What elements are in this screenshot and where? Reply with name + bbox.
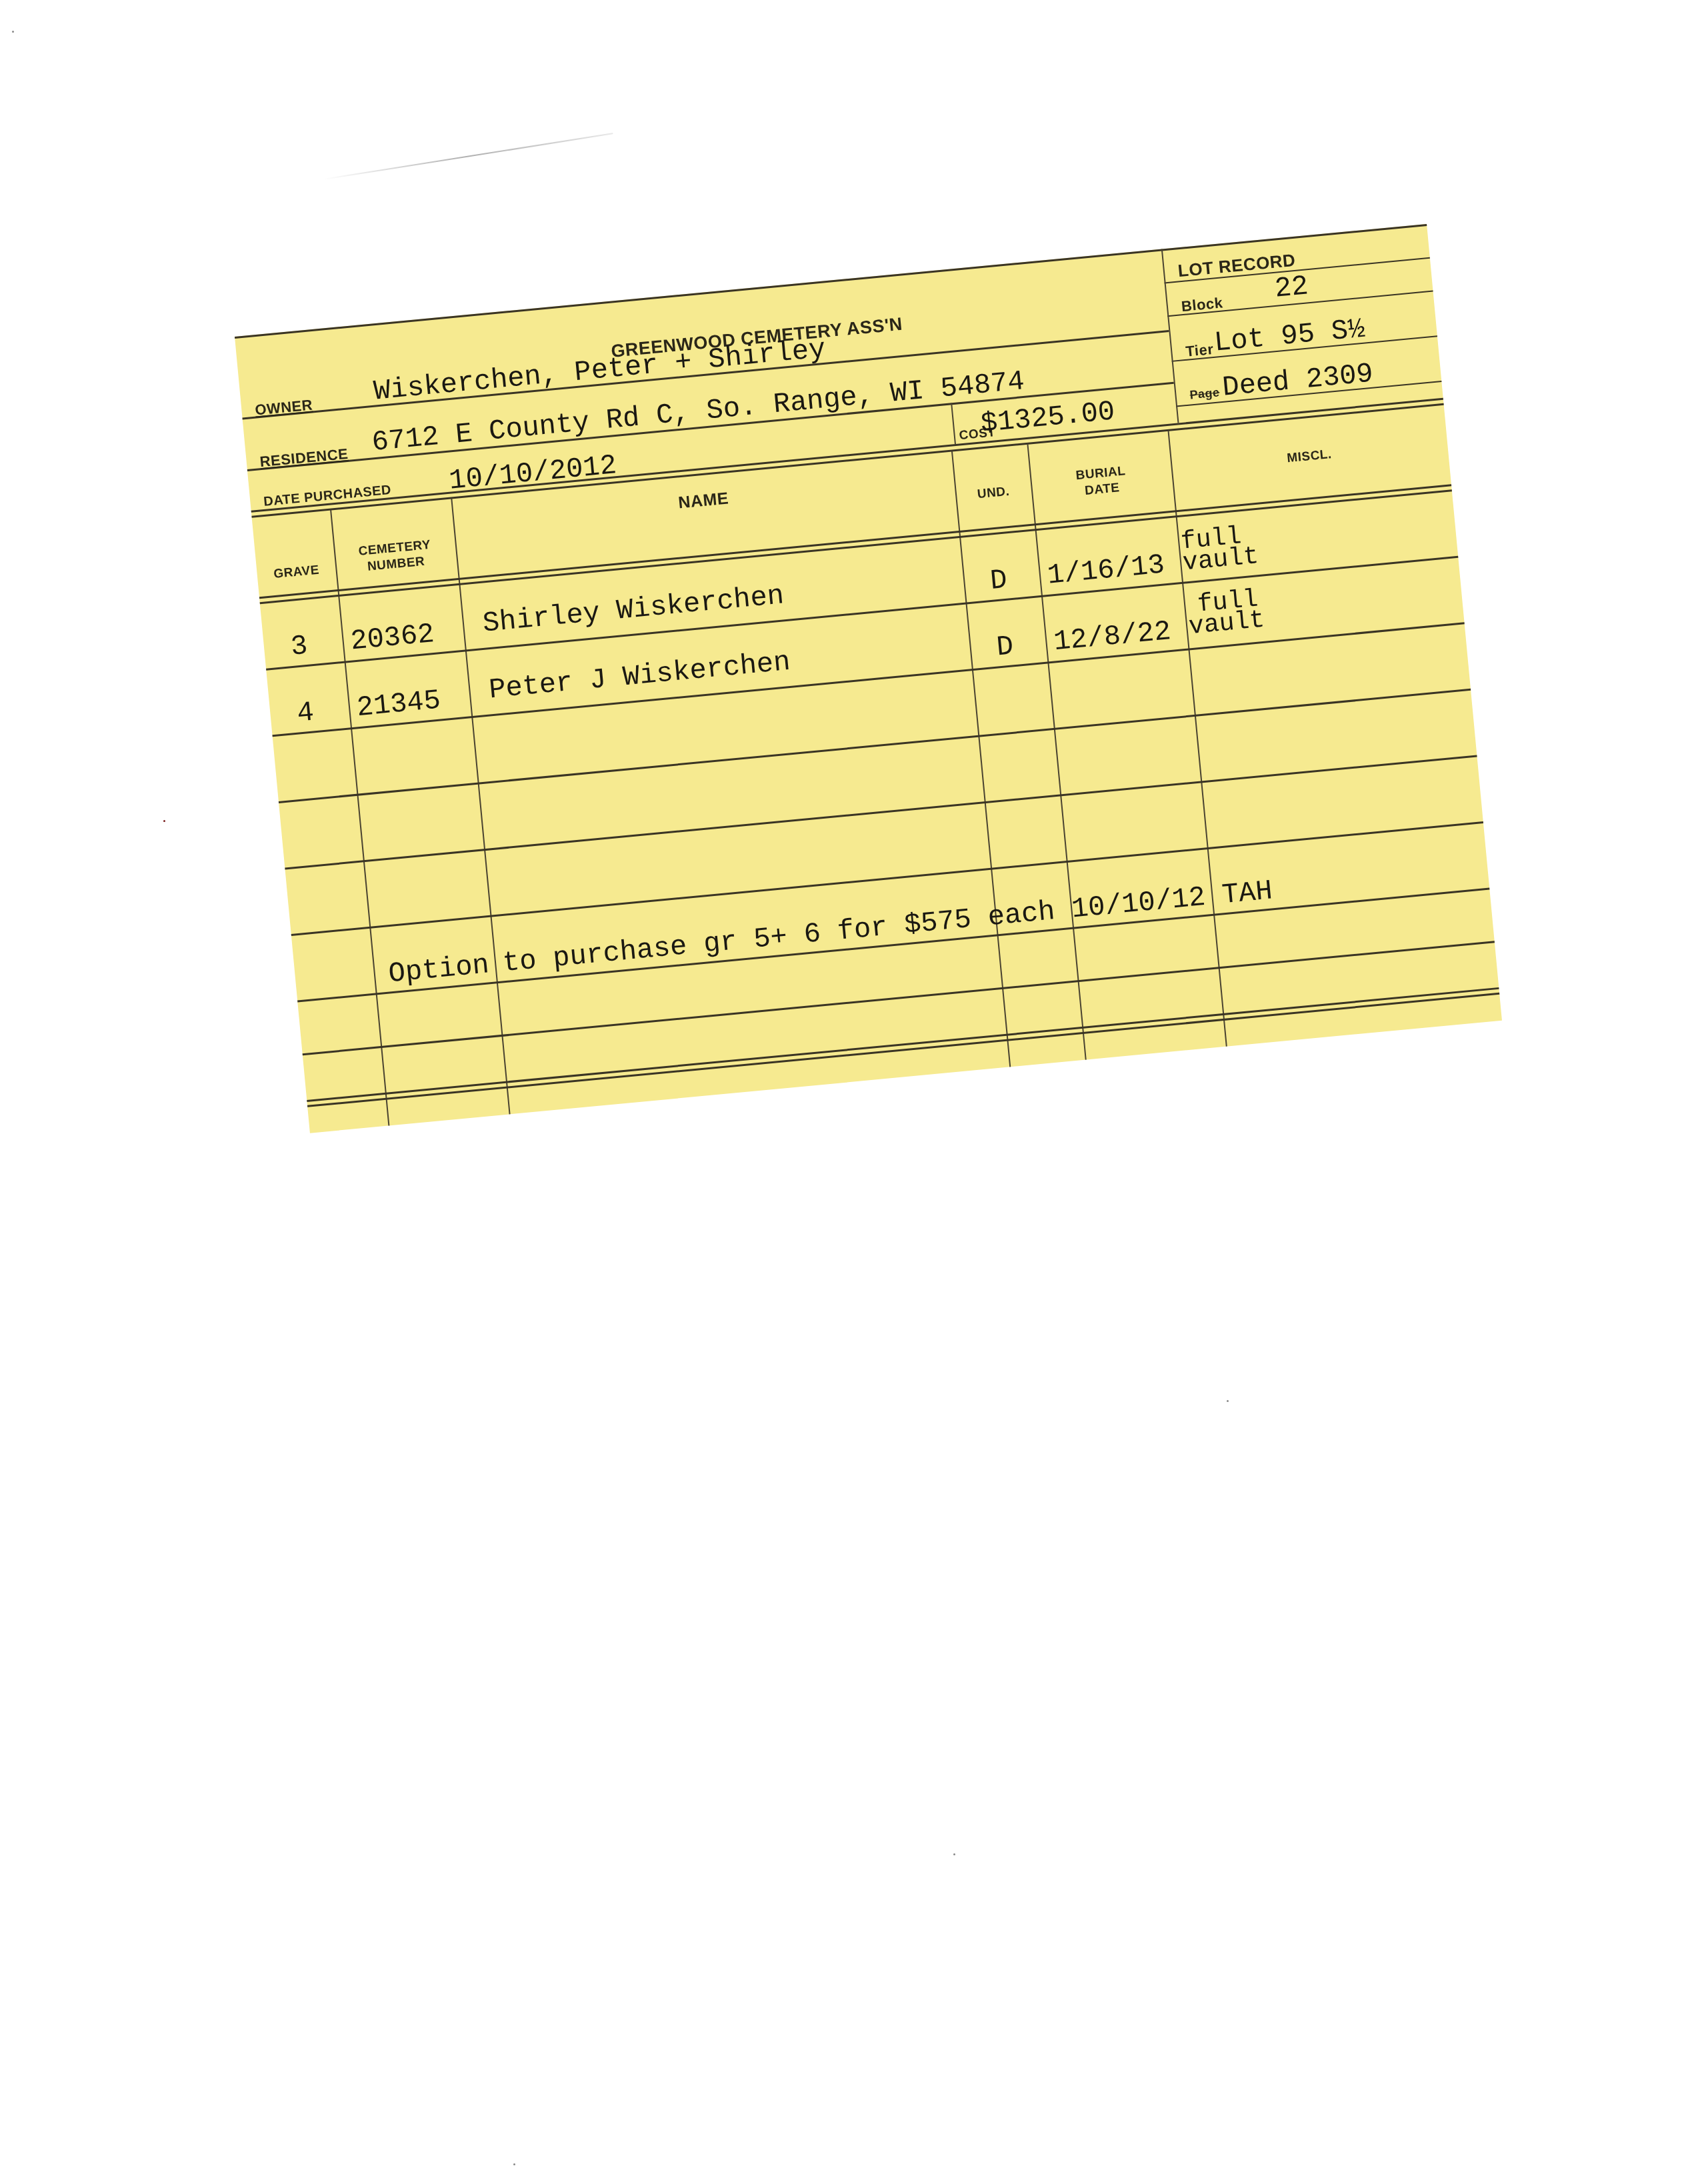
header-grave: GRAVE [257, 561, 337, 583]
row-rule [285, 755, 1477, 869]
tier-value: Lot 95 S½ [1213, 313, 1366, 359]
page-label: Page [1189, 385, 1221, 402]
date-purchased-value: 10/10/2012 [448, 449, 618, 497]
cost-value: $1325.00 [979, 395, 1116, 440]
name-cell: Peter J Wiskerchen [487, 646, 791, 706]
lot-record-card: GREENWOOD CEMETERY ASS'N LOT RECORD OWNE… [235, 224, 1502, 1133]
und-cell: D [989, 564, 1009, 597]
miscl-cell-line2: vault [1188, 609, 1266, 639]
scan-speck [1227, 1400, 1229, 1402]
und-cell: D [995, 630, 1015, 663]
col-divider-burial-date [1167, 431, 1227, 1047]
col-divider-cemetery-number [451, 498, 510, 1114]
col-divider-und [1027, 444, 1086, 1060]
header-und: UND. [955, 483, 1032, 505]
miscl-cell-line2: vault [1182, 545, 1260, 575]
date-purchased-label: DATE PURCHASED [263, 483, 392, 510]
col-divider-name [951, 451, 1011, 1067]
owner-label: OWNER [254, 397, 313, 419]
cost-divider [951, 403, 956, 444]
scan-speck [163, 820, 165, 822]
name-cell: Shirley Wiskerchen [481, 579, 785, 639]
tier-label: Tier [1185, 341, 1214, 361]
option-note-part2: to purchase gr 5+ 6 for $575 each 10/10/… [501, 875, 1274, 979]
scan-speck [953, 1853, 955, 1855]
row-rule [266, 556, 1458, 671]
cemetery-number-cell: 21345 [355, 684, 442, 724]
grave-cell: 4 [295, 696, 315, 729]
grave-cell: 3 [289, 630, 309, 663]
row-rule [279, 689, 1471, 803]
block-label: Block [1181, 294, 1224, 315]
residence-label: RESIDENCE [259, 445, 349, 471]
page-value: Deed 2309 [1221, 358, 1375, 404]
pencil-mark [323, 133, 613, 180]
block-value: 22 [1273, 270, 1310, 305]
col-divider-grave [330, 509, 389, 1125]
lot-record-divider [1161, 249, 1179, 423]
row-rule [297, 888, 1489, 1003]
scan-speck [12, 31, 14, 33]
card-bottom-rule [307, 987, 1499, 1102]
header-miscl: MISCL. [1171, 437, 1448, 477]
row-rule [272, 622, 1464, 737]
cemetery-number-cell: 20362 [349, 618, 436, 658]
scan-speck [513, 2163, 515, 2165]
